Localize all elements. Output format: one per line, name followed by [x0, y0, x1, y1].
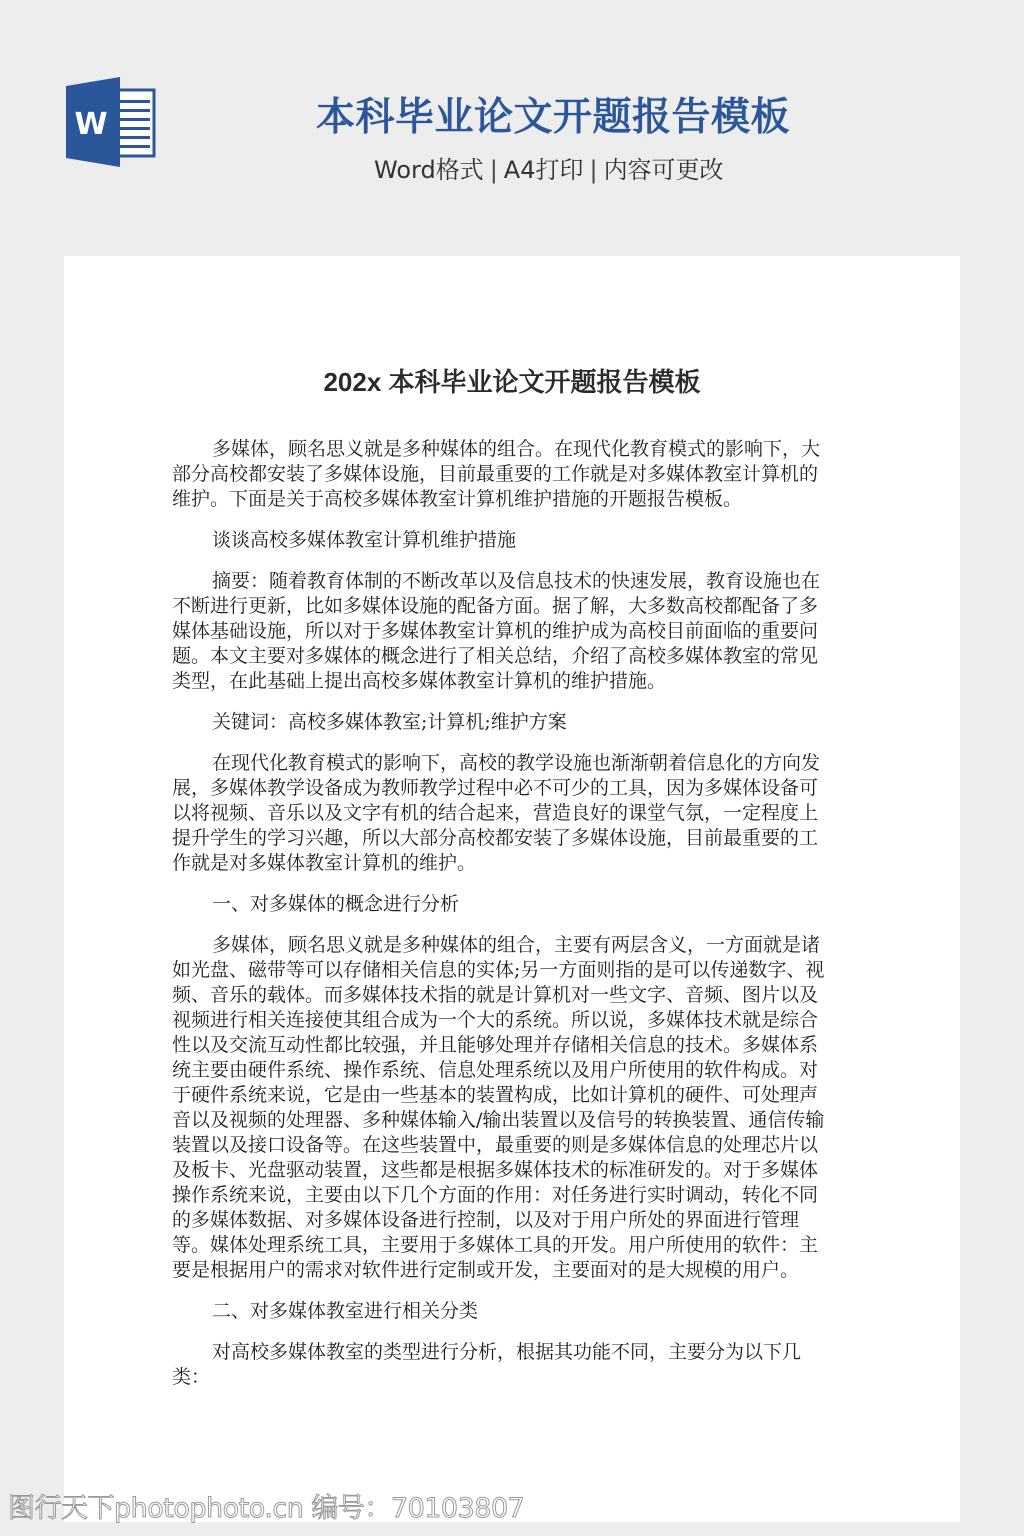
- section-heading-1: 一、对多媒体的概念进行分析: [172, 892, 862, 917]
- document-body: 多媒体，顾名思义就是多种媒体的组合。在现代化教育模式的影响下，大 部分高校都安装…: [172, 437, 862, 1406]
- text-line: 视频进行相关连接使其组合成为一个大的系统。所以说，多媒体技术就是综合: [172, 1008, 862, 1033]
- text-line: 关键词：高校多媒体教室;计算机;维护方案: [172, 710, 862, 735]
- text-line: 在现代化教育模式的影响下，高校的教学设施也渐渐朝着信息化的方向发: [172, 751, 862, 776]
- paragraph-subject: 谈谈高校多媒体教室计算机维护措施: [172, 528, 862, 553]
- text-line: 类：: [172, 1365, 862, 1390]
- text-line: 以将视频、音乐以及文字有机的结合起来，营造良好的课堂气氛，一定程度上: [172, 801, 862, 826]
- text-line: 维护。下面是关于高校多媒体教室计算机维护措施的开题报告模板。: [172, 487, 862, 512]
- text-line: 装置以及接口设备等。在这些装置中，最重要的则是多媒体信息的处理芯片以: [172, 1133, 862, 1158]
- text-line: 如光盘、磁带等可以存储相关信息的实体;另一方面则指的是可以传递数字、视: [172, 958, 862, 983]
- text-line: 一、对多媒体的概念进行分析: [172, 892, 862, 917]
- text-line: 操作系统来说，主要由以下几个方面的作用：对任务进行实时调动，转化不同: [172, 1183, 862, 1208]
- text-line: 音以及视频的处理器、多种媒体输入/输出装置以及信号的转换装置、通信传输: [172, 1108, 862, 1133]
- text-line: 二、对多媒体教室进行相关分类: [172, 1299, 862, 1324]
- paragraph-keywords: 关键词：高校多媒体教室;计算机;维护方案: [172, 710, 862, 735]
- text-line: 谈谈高校多媒体教室计算机维护措施: [172, 528, 862, 553]
- text-line: 类型，在此基础上提出高校多媒体教室计算机的维护措施。: [172, 669, 862, 694]
- word-document-icon: W: [64, 76, 158, 168]
- subtitle-separator: |: [490, 152, 498, 188]
- paragraph-abstract: 摘要：随着教育体制的不断改革以及信息技术的快速发展，教育设施也在 不断进行更新，…: [172, 569, 862, 694]
- header-title: 本科毕业论文开题报告模板: [316, 92, 790, 144]
- text-line: 性以及交流互动性都比较强，并且能够处理并存储相关信息的技术。多媒体系: [172, 1033, 862, 1058]
- text-line: 及板卡、光盘驱动装置，这些都是根据多媒体技术的标准研发的。对于多媒体: [172, 1158, 862, 1183]
- text-line: 媒体基础设施，所以对于多媒体教室计算机的维护成为高校目前面临的重要问: [172, 619, 862, 644]
- text-line: 提升学生的学习兴趣，所以大部分高校都安装了多媒体设施，目前最重要的工: [172, 826, 862, 851]
- text-line: 作就是对多媒体教室计算机的维护。: [172, 851, 862, 876]
- text-line: 部分高校都安装了多媒体设施，目前最重要的工作就是对多媒体教室计算机的: [172, 462, 862, 487]
- section-heading-2: 二、对多媒体教室进行相关分类: [172, 1299, 862, 1324]
- text-line: 等。媒体处理系统工具，主要用于多媒体工具的开发。用户所使用的软件：主: [172, 1233, 862, 1258]
- svg-text:W: W: [74, 107, 107, 142]
- text-line: 要是根据用户的需求对软件进行定制或开发，主要面对的是大规模的用户。: [172, 1258, 862, 1283]
- text-line: 多媒体，顾名思义就是多种媒体的组合，主要有两层含义，一方面就是诸: [172, 933, 862, 958]
- text-line: 的多媒体数据、对多媒体设备进行控制，以及对于用户所处的界面进行管理: [172, 1208, 862, 1233]
- paragraph-background: 在现代化教育模式的影响下，高校的教学设施也渐渐朝着信息化的方向发 展，多媒体教学…: [172, 751, 862, 876]
- text-line: 多媒体，顾名思义就是多种媒体的组合。在现代化教育模式的影响下，大: [172, 437, 862, 462]
- text-line: 题。本文主要对多媒体的概念进行了相关总结，介绍了高校多媒体教室的常见: [172, 644, 862, 669]
- subtitle-separator: |: [589, 152, 597, 188]
- paragraph-classification: 对高校多媒体教室的类型进行分析，根据其功能不同，主要分为以下几 类：: [172, 1340, 862, 1390]
- paragraph-concept: 多媒体，顾名思义就是多种媒体的组合，主要有两层含义，一方面就是诸 如光盘、磁带等…: [172, 933, 862, 1283]
- text-line: 于硬件系统来说，它是由一些基本的装置构成，比如计算机的硬件、可处理声: [172, 1083, 862, 1108]
- document-title: 202x 本科毕业论文开题报告模板: [0, 362, 1024, 402]
- paragraph-intro: 多媒体，顾名思义就是多种媒体的组合。在现代化教育模式的影响下，大 部分高校都安装…: [172, 437, 862, 512]
- subtitle-print: A4打印: [504, 156, 584, 184]
- watermark: 图行天下photophoto.cn 编号：70103807: [8, 1492, 524, 1526]
- text-line: 对高校多媒体教室的类型进行分析，根据其功能不同，主要分为以下几: [172, 1340, 862, 1365]
- text-line: 摘要：随着教育体制的不断改革以及信息技术的快速发展，教育设施也在: [172, 569, 862, 594]
- subtitle-editable: 内容可更改: [604, 156, 724, 184]
- text-line: 频、音乐的载体。而多媒体技术指的就是计算机对一些文字、音频、图片以及: [172, 983, 862, 1008]
- header-banner: W 本科毕业论文开题报告模板 Word格式|A4打印|内容可更改: [0, 0, 1024, 256]
- header-subtitle: Word格式|A4打印|内容可更改: [374, 152, 724, 188]
- text-line: 展，多媒体教学设备成为教师教学过程中必不可少的工具，因为多媒体设备可: [172, 776, 862, 801]
- subtitle-format: Word格式: [374, 156, 484, 184]
- text-line: 不断进行更新，比如多媒体设施的配备方面。据了解，大多数高校都配备了多: [172, 594, 862, 619]
- text-line: 统主要由硬件系统、操作系统、信息处理系统以及用户所使用的软件构成。对: [172, 1058, 862, 1083]
